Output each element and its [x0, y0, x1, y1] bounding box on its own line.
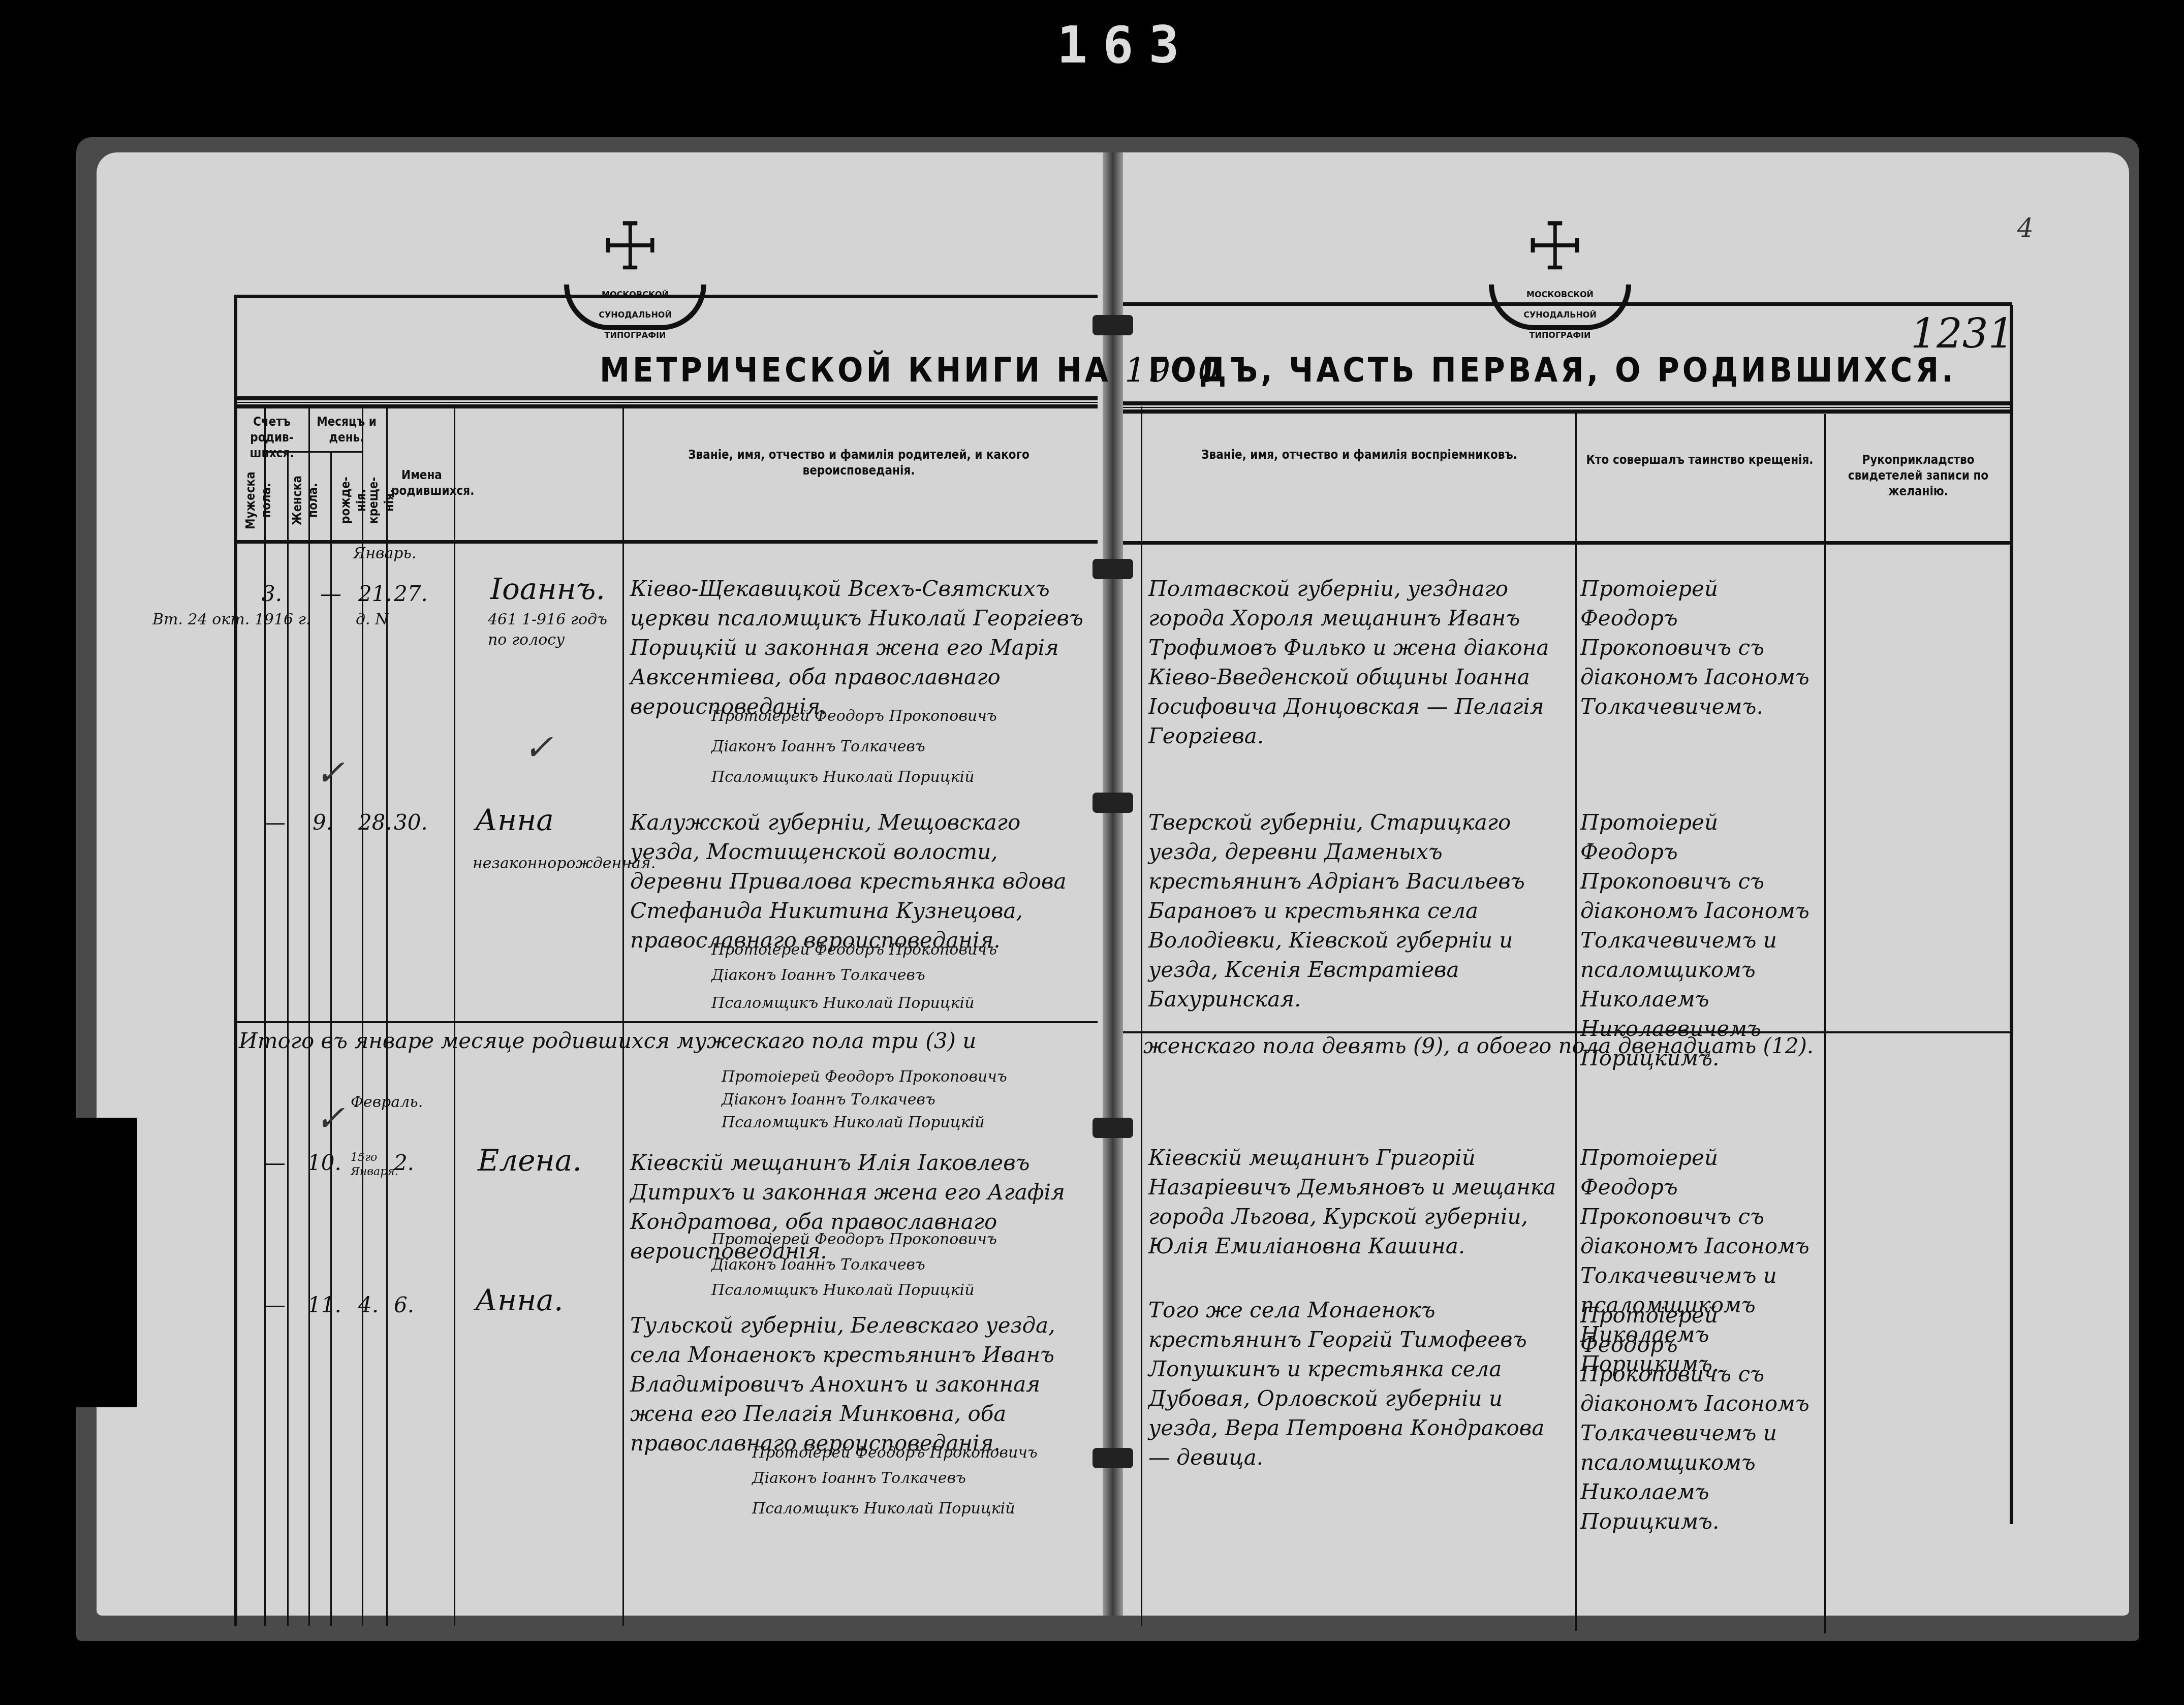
signature: Діаконъ Іоаннъ Толкачевъ [711, 965, 925, 986]
birth-day: 21. [358, 579, 392, 609]
summary-rule [234, 1021, 1098, 1023]
female-number: 9. [313, 808, 333, 837]
signature: Діаконъ Іоаннъ Толкачевъ [711, 737, 925, 757]
signature: Діаконъ Іоаннъ Толкачевъ [722, 1090, 935, 1110]
checkmark: ✓ [315, 752, 345, 794]
col-line [1575, 412, 1577, 1631]
female-number: 10. [307, 1148, 341, 1178]
female-number: — [320, 579, 341, 609]
header-rule [1123, 401, 2012, 414]
col-header-male: Мужеска пола. [243, 467, 274, 533]
header-rule [234, 396, 1098, 408]
corner-mark: 4 [2017, 213, 2034, 243]
name-note: 461 1-916 годъ по голосу [488, 610, 620, 650]
col-line [1141, 406, 1142, 1626]
baptism-day: 2. [394, 1148, 414, 1178]
child-name: Іоаннъ. [490, 574, 605, 604]
january-summary-right: женскаго пола девять (9), а обоего пола … [1143, 1031, 1855, 1061]
birth-day: 15го Января. [351, 1151, 386, 1179]
margin-note: Вт. 24 окт. 1916 г. [152, 610, 310, 630]
crest-ribbon: МОСКОВСКОЙ СУНОДАЛЬНОЙ ТИПОГРАФІИ [1489, 285, 1631, 330]
signature: Псаломщикъ Николай Порицкій [711, 1280, 975, 1301]
godparents-text: Полтавской губерніи, уезднаго города Хор… [1148, 574, 1570, 751]
checkmark: ✓ [523, 727, 553, 768]
crest-ribbon: МОСКОВСКОЙ СУНОДАЛЬНОЙ ТИПОГРАФІИ [564, 285, 706, 330]
col-header-godparents: Званіе, имя, отчество и фамилія воспріем… [1148, 447, 1570, 463]
binding-clip [1093, 1448, 1133, 1468]
table-top [1123, 302, 2012, 306]
month-label: Январь. [353, 544, 416, 564]
col-header-parents: Званіе, имя, отчество и фамилія родителе… [630, 447, 1087, 479]
col-header-date: Месяцъ и день. [311, 414, 382, 446]
male-number: 3. [262, 579, 282, 609]
checkmark: ✓ [315, 1097, 345, 1139]
signature: Протоіерей Феодоръ Прокоповичъ [711, 1229, 997, 1250]
header-bottom-rule [234, 540, 1098, 544]
godparents-text: Кіевскій мещанинъ Григорій Назаріевичъ Д… [1148, 1143, 1570, 1261]
page-title-left: МЕТРИЧЕСКОЙ КНИГИ НА 1900 [600, 351, 1222, 390]
name-note: незаконнорожденная. [473, 854, 615, 874]
binding-clip [1093, 793, 1133, 813]
table-top [234, 295, 1098, 298]
birth-day: 28. [358, 808, 392, 837]
col-header-names: Имена родившихся. [391, 467, 452, 499]
parents-text: Тульской губерніи, Белевскаго уезда, сел… [630, 1311, 1087, 1458]
baptism-day: 30. [394, 808, 428, 837]
godparents-text: Того же села Монаенокъ крестьянинъ Георг… [1148, 1296, 1570, 1472]
col-line [308, 406, 310, 1626]
scanner-tab [76, 1118, 137, 1407]
signature: Протоіерей Феодоръ Прокоповичъ [722, 1067, 1007, 1087]
female-number: 11. [307, 1290, 341, 1320]
january-summary-left: Итого въ январе месяце родившихся мужеск… [239, 1026, 1103, 1056]
officiant-text: Протоіерей Феодоръ Прокоповичъ съ діакон… [1580, 574, 1819, 721]
baptism-day: 6. [394, 1290, 414, 1320]
month-label: Февраль. [351, 1092, 423, 1113]
male-number: — [264, 808, 286, 837]
signature: Псаломщикъ Николай Порицкій [722, 1113, 985, 1133]
double-headed-eagle-icon: ☩ [1517, 208, 1593, 285]
male-number: — [264, 1148, 286, 1178]
signature: Діаконъ Іоаннъ Толкачевъ [711, 1255, 925, 1275]
col-header-female: Женска пола. [290, 467, 321, 533]
signature: Псаломщикъ Николай Порицкій [711, 993, 975, 1014]
col-line [622, 406, 624, 1626]
signature: Протоіерей Феодоръ Прокоповичъ [752, 1443, 1038, 1463]
col-header-officiant: Кто совершалъ таинство крещенія. [1580, 452, 1819, 468]
double-headed-eagle-icon: ☩ [592, 208, 668, 285]
folio-number: 1231 [1911, 310, 2014, 357]
signature: Псаломщикъ Николай Порицкій [711, 767, 975, 787]
title-text: МЕТРИЧЕСКОЙ КНИГИ НА [600, 351, 1111, 390]
child-name: Анна [475, 805, 554, 835]
parents-text: Кіево-Щекавицкой Всехъ-Святскихъ церкви … [630, 574, 1087, 721]
binding-clip [1093, 559, 1133, 579]
signature: Діаконъ Іоаннъ Толкачевъ [752, 1468, 966, 1489]
signature: Протоіерей Феодоръ Прокоповичъ [711, 706, 997, 727]
page-title-right: ГОДЪ, ЧАСТЬ ПЕРВАЯ, О РОДИВШИХСЯ. [1148, 351, 1956, 390]
baptism-day: 27. [394, 579, 428, 609]
header-bottom-rule [1123, 541, 2012, 545]
birth-note: д. N [356, 610, 388, 630]
col-line [1824, 414, 1826, 1633]
imperial-crest-left: ☩ МОСКОВСКОЙ СУНОДАЛЬНОЙ ТИПОГРАФІИ [564, 208, 696, 330]
parents-text: Калужской губерніи, Мещовскаго уезда, Мо… [630, 808, 1087, 955]
table-border-left [234, 295, 237, 1626]
col-line [454, 406, 455, 1626]
child-name: Анна. [475, 1285, 563, 1315]
officiant-text: Протоіерей Феодоръ Прокоповичъ съ діакон… [1580, 1301, 1819, 1536]
archive-frame-number: 163 [1057, 15, 1195, 75]
male-number: — [264, 1290, 286, 1320]
table-border-right [2010, 305, 2013, 1524]
col-header-count: Счетъ родив-шихся. [239, 414, 305, 462]
signature: Протоіерей Феодоръ Прокоповичъ [711, 940, 997, 960]
child-name: Елена. [478, 1146, 582, 1175]
binding-clip [1093, 1118, 1133, 1138]
imperial-crest-right: ☩ МОСКОВСКОЙ СУНОДАЛЬНОЙ ТИПОГРАФІИ [1489, 208, 1621, 330]
col-header-birth: рожде-нія. [338, 467, 369, 533]
col-header-witnesses: Рукоприкладство свидетелей записи по жел… [1829, 452, 2007, 500]
binding-clip [1093, 315, 1133, 335]
birth-day: 4. [358, 1290, 379, 1320]
signature: Псаломщикъ Николай Порицкій [752, 1499, 1015, 1519]
godparents-text: Тверской губерніи, Старицкаго уезда, дер… [1148, 808, 1570, 1014]
